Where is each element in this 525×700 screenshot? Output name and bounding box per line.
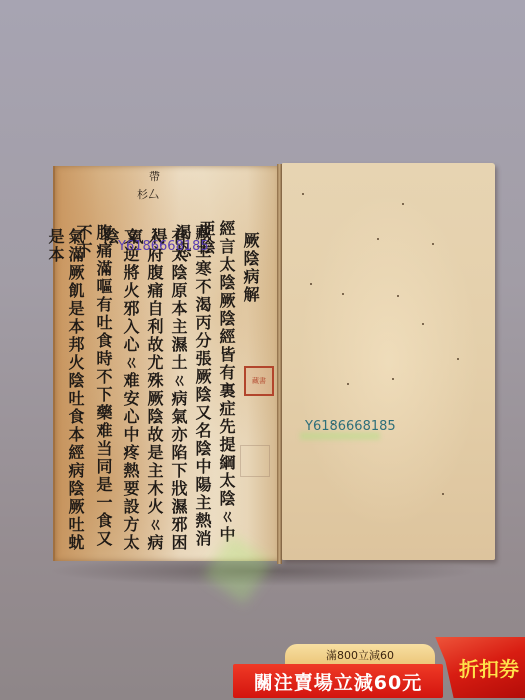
- text-column: 有太陰原本主濕土ㄍ病氣亦陷下戕濕邪困得: [168, 228, 188, 561]
- text-column: 氣滿厥飢是本邦火陰吐食本經病陰厥吐蚘是本: [65, 228, 85, 561]
- paper-speck: [402, 203, 404, 205]
- coupon-label: 折扣券: [459, 653, 519, 682]
- paper-speck: [302, 193, 304, 195]
- text-column: 經言太陰厥陰經皆有裏症先提綱太陰ㄍ中亞陰: [216, 220, 236, 561]
- promo-follow-store-label[interactable]: 關注賣場立減60元: [233, 664, 443, 698]
- paper-speck: [457, 358, 459, 360]
- text-column-title: 厥陰病解: [240, 232, 260, 304]
- paper-speck: [397, 295, 399, 297]
- red-seal-stamp: 藏書: [244, 366, 274, 396]
- header-mark: 杉厶: [137, 186, 159, 202]
- left-page: 帶 杉厶 厥陰病解 經言太陰厥陰經皆有裏症先提綱太陰ㄍ中亞陰 藏主寒不渴丙分張厥…: [53, 166, 281, 561]
- promo-threshold-label: 滿800立減60: [285, 644, 435, 666]
- paper-speck: [442, 493, 444, 495]
- text-column: 藏主寒不渴丙分張厥陰又名陰中陽主熱消渴恐: [192, 224, 212, 561]
- paper-speck: [422, 323, 424, 325]
- paper-speck: [432, 243, 434, 245]
- product-photo: 帶 杉厶 厥陰病解 經言太陰厥陰經皆有裏症先提綱太陰ㄍ中亞陰 藏主寒不渴丙分張厥…: [0, 0, 525, 700]
- text-column: 又逆將火邪入心ㄍ难安心中疼熱要設方太陰: [120, 228, 140, 561]
- right-page-blank: [282, 163, 495, 560]
- paper-speck: [310, 283, 312, 285]
- paper-speck: [342, 293, 344, 295]
- header-mark: 帶: [149, 168, 160, 184]
- seller-watermark: Y6186668185: [305, 419, 396, 434]
- text-column: 腹痛滿嘔有吐食時不下藥难当同是一食又不下: [93, 224, 113, 561]
- seller-watermark: Y6186668185: [118, 239, 209, 254]
- text-column: 入府腹痛自利故尤殊厥陰故是主木火ㄍ病氣: [144, 228, 164, 561]
- watermark-glow: [203, 534, 273, 604]
- promo-coupon-badge[interactable]: 滿800立減60 關注賣場立減60元 折扣券: [233, 637, 525, 700]
- paper-speck: [377, 238, 379, 240]
- paper-speck: [347, 383, 349, 385]
- paper-speck: [392, 378, 394, 380]
- faded-seal-stamp: [240, 445, 270, 477]
